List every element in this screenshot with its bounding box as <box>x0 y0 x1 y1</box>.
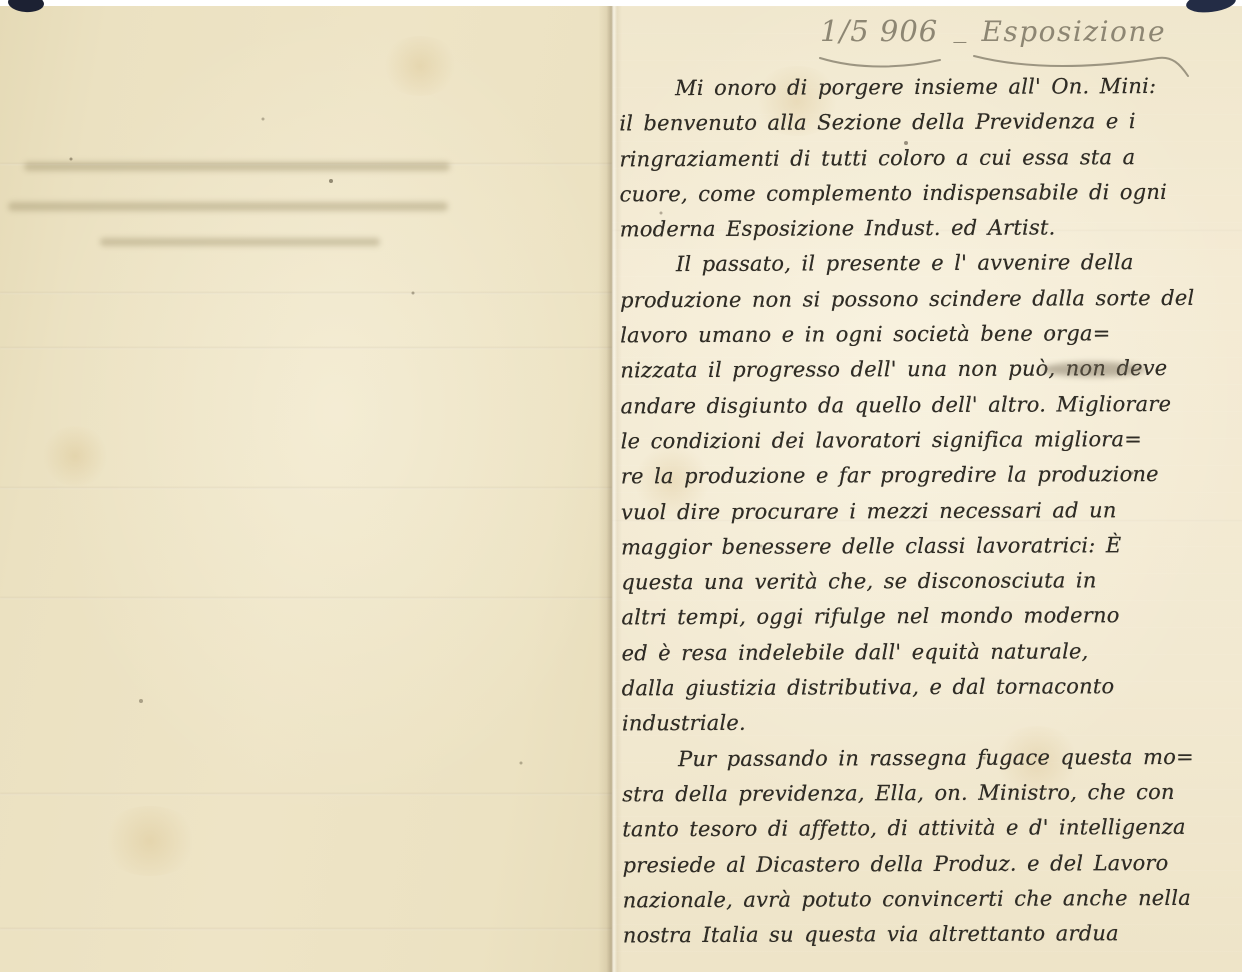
fold-crease <box>0 597 612 599</box>
manuscript-line: Mi onoro di porgere insieme all' On. Min… <box>619 69 1233 107</box>
fold-crease <box>0 292 612 294</box>
manuscript-line: produzione non si possono scindere dalla… <box>620 280 1234 318</box>
header-separator: _ <box>953 14 966 44</box>
manuscript-line: industriale. <box>622 704 1236 742</box>
manuscript-line: presiede al Dicastero della Produz. e de… <box>622 845 1236 883</box>
manuscript-line: Il passato, il presente e l' avvenire de… <box>620 245 1234 283</box>
foxing-speckles <box>0 0 2 2</box>
age-stain <box>40 426 110 486</box>
manuscript-line: vuol dire procurare i mezzi necessari ad… <box>621 492 1235 530</box>
manuscript-line: le condizioni dei lavoratori significa m… <box>621 422 1235 460</box>
bleed-through-mark <box>100 238 380 246</box>
manuscript-line: questa una verità che, se disconosciuta … <box>621 563 1235 601</box>
manuscript-line: nostra Italia su questa via altrettanto … <box>623 916 1237 954</box>
fold-crease <box>0 793 612 795</box>
letter-body: Mi onoro di porgere insieme all' On. Min… <box>619 69 1237 954</box>
manuscript-line: andare disgiunto da quello dell' altro. … <box>620 386 1234 424</box>
manuscript-line: nazionale, avrà potuto convincerti che a… <box>623 880 1237 918</box>
pencil-smudge <box>1042 362 1146 377</box>
manuscript-line: tanto tesoro di affetto, di attività e d… <box>622 810 1236 848</box>
bleed-through-mark <box>8 202 448 211</box>
manuscript-line: dalla giustizia distributiva, e dal torn… <box>622 669 1236 707</box>
fold-crease <box>0 928 612 930</box>
age-stain <box>100 806 200 876</box>
manuscript-line: moderna Esposizione Indust. ed Artist. <box>620 210 1234 248</box>
right-page: 1/5 906 _ Esposizione Mi onoro di porger… <box>612 6 1242 972</box>
manuscript-line: re la produzione e far progredire la pro… <box>621 457 1235 495</box>
manuscript-line: lavoro umano e in ogni società bene orga… <box>620 316 1234 354</box>
left-page <box>0 6 612 972</box>
page-seam <box>598 6 622 972</box>
manuscript-line: ringraziamenti di tutti coloro a cui ess… <box>619 139 1233 177</box>
fold-crease <box>0 487 612 489</box>
manuscript-line: maggior benessere delle classi lavoratri… <box>621 528 1235 566</box>
manuscript-line: cuore, come complemento indispensabile d… <box>620 175 1234 213</box>
header-title: Esposizione <box>981 15 1166 48</box>
manuscript-line: il benvenuto alla Sezione della Previden… <box>619 104 1233 142</box>
manuscript-line: Pur passando in rassegna fugace questa m… <box>622 739 1236 777</box>
bleed-through-mark <box>24 162 450 171</box>
manuscript-line: ed è resa indelebile dall' equità natura… <box>622 633 1236 671</box>
manuscript-scan: 1/5 906 _ Esposizione Mi onoro di porger… <box>0 0 1242 972</box>
fold-crease <box>0 347 612 349</box>
age-stain <box>380 36 460 96</box>
header-date: 1/5 906 <box>820 14 938 48</box>
manuscript-line: stra della previdenza, Ella, on. Ministr… <box>622 775 1236 813</box>
manuscript-line: altri tempi, oggi rifulge nel mondo mode… <box>621 598 1235 636</box>
